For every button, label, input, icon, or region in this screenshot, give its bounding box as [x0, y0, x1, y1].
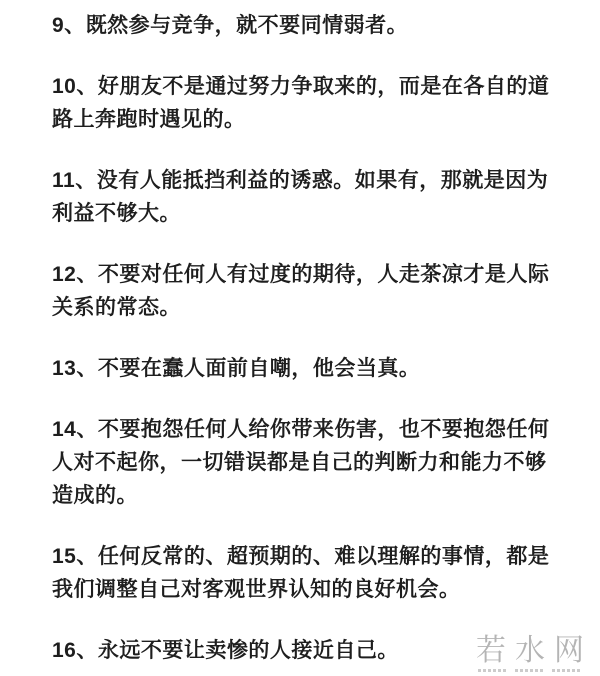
item-number: 16、: [52, 639, 98, 662]
item-number: 13、: [52, 357, 98, 380]
item-text: 不要抱怨任何人给你带来伤害，也不要抱怨任何人对不起你，一切错误都是自己的判断力和…: [52, 418, 549, 507]
item-number: 9、: [52, 14, 86, 37]
list-item-10: 10、好朋友不是通过努力争取来的，而是在各自的道路上奔跑时遇见的。: [52, 70, 554, 136]
list-item-11: 11、没有人能抵挡利益的诱惑。如果有，那就是因为利益不够大。: [52, 164, 554, 230]
item-text: 好朋友不是通过努力争取来的，而是在各自的道路上奔跑时遇见的。: [52, 75, 549, 131]
item-number: 10、: [52, 75, 98, 98]
item-text: 既然参与竞争，就不要同情弱者。: [86, 14, 409, 37]
item-text: 永远不要让卖惨的人接近自己。: [98, 639, 399, 662]
item-text: 不要对任何人有过度的期待，人走茶凉才是人际关系的常态。: [52, 263, 549, 319]
list-item-15: 15、任何反常的、超预期的、难以理解的事情，都是我们调整自己对客观世界认知的良好…: [52, 540, 554, 606]
item-text: 没有人能抵挡利益的诱惑。如果有，那就是因为利益不够大。: [52, 169, 548, 225]
item-number: 15、: [52, 545, 98, 568]
list-item-14: 14、不要抱怨任何人给你带来伤害，也不要抱怨任何人对不起你，一切错误都是自己的判…: [52, 413, 554, 512]
document-page: 9、既然参与竞争，就不要同情弱者。 10、好朋友不是通过努力争取来的，而是在各自…: [0, 0, 600, 676]
list-item-9: 9、既然参与竞争，就不要同情弱者。: [52, 9, 554, 42]
list-item-12: 12、不要对任何人有过度的期待，人走茶凉才是人际关系的常态。: [52, 258, 554, 324]
item-number: 11、: [52, 169, 97, 192]
watermark-subtext: [476, 669, 584, 672]
item-text: 任何反常的、超预期的、难以理解的事情，都是我们调整自己对客观世界认知的良好机会。: [52, 545, 549, 601]
item-number: 12、: [52, 263, 98, 286]
watermark-subtext-segment: [552, 669, 582, 672]
item-number: 14、: [52, 418, 98, 441]
watermark-text: 若水网: [476, 635, 593, 667]
watermark-subtext-segment: [478, 669, 508, 672]
watermark-subtext-segment: [515, 669, 545, 672]
item-text: 不要在蠢人面前自嘲，他会当真。: [98, 357, 421, 380]
watermark: 若水网: [476, 635, 584, 672]
list-item-13: 13、不要在蠢人面前自嘲，他会当真。: [52, 352, 554, 385]
